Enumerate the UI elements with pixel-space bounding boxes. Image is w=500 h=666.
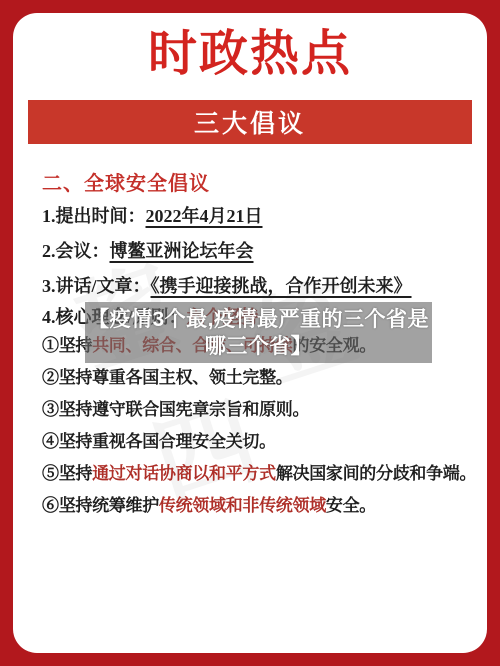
banner: 三大倡议: [28, 100, 472, 144]
caption-text-line2: 哪三个省】: [205, 333, 313, 360]
principle-row-5: ⑤坚持通过对话协商以和平方式解决国家间的分歧和争端。: [42, 463, 469, 485]
principle-row-4: ④坚持重视各国合理安全关切。: [42, 431, 469, 453]
banner-label: 三大倡议: [194, 104, 306, 140]
fact-value: 博鳌亚洲论坛年会: [110, 241, 254, 261]
principle-text: ④坚持重视各国合理安全关切。: [42, 432, 276, 451]
principle-text: 安全。: [326, 496, 376, 515]
fact-label: 2.会议：: [42, 241, 110, 261]
principle-row-3: ③坚持遵守联合国宪章宗旨和原则。: [42, 399, 469, 421]
caption-text-line1: 【疫情3个最,疫情最严重的三个省是: [88, 306, 429, 333]
principle-text: 解决国家间的分歧和争端。: [276, 464, 476, 483]
principle-text: ⑥坚持统筹维护: [42, 496, 159, 515]
principle-text: ③坚持遵守联合国宪章宗旨和原则。: [42, 400, 309, 419]
principle-text: ②坚持尊重各国主权、领土完整。: [42, 368, 293, 387]
fact-value: 2022年4月21日: [146, 206, 263, 226]
fact-label: 1.提出时间：: [42, 206, 146, 226]
principle-text: ⑤坚持: [42, 464, 92, 483]
principle-row-6: ⑥坚持统筹维护传统领域和非传统领域安全。: [42, 495, 469, 517]
section-heading: 二、全球安全倡议: [42, 173, 469, 195]
fact-row-meeting: 2.会议：博鳌亚洲论坛年会: [42, 239, 469, 263]
caption-overlay: 【疫情3个最,疫情最严重的三个省是 哪三个省】: [85, 302, 432, 363]
highlight-text: 通过对话协商以和平方式: [92, 464, 276, 483]
poster-frame: { "poster": { "title": "时政热点", "banner":…: [0, 0, 500, 666]
fact-label: 3.讲话/文章：: [42, 276, 151, 296]
fact-row-time: 1.提出时间：2022年4月21日: [42, 204, 469, 228]
principle-row-2: ②坚持尊重各国主权、领土完整。: [42, 367, 469, 389]
content-card: 时政热点 三大倡议 鋆 签 四 二、全球安全倡议 1.提出时间：2022年4月2…: [13, 13, 487, 653]
fact-value: 《携手迎接挑战，合作开创未来》: [151, 276, 412, 296]
highlight-text: 传统领域和非传统领域: [159, 496, 326, 515]
page-title: 时政热点: [13, 25, 487, 83]
fact-row-speech: 3.讲话/文章：《携手迎接挑战，合作开创未来》: [42, 274, 469, 298]
